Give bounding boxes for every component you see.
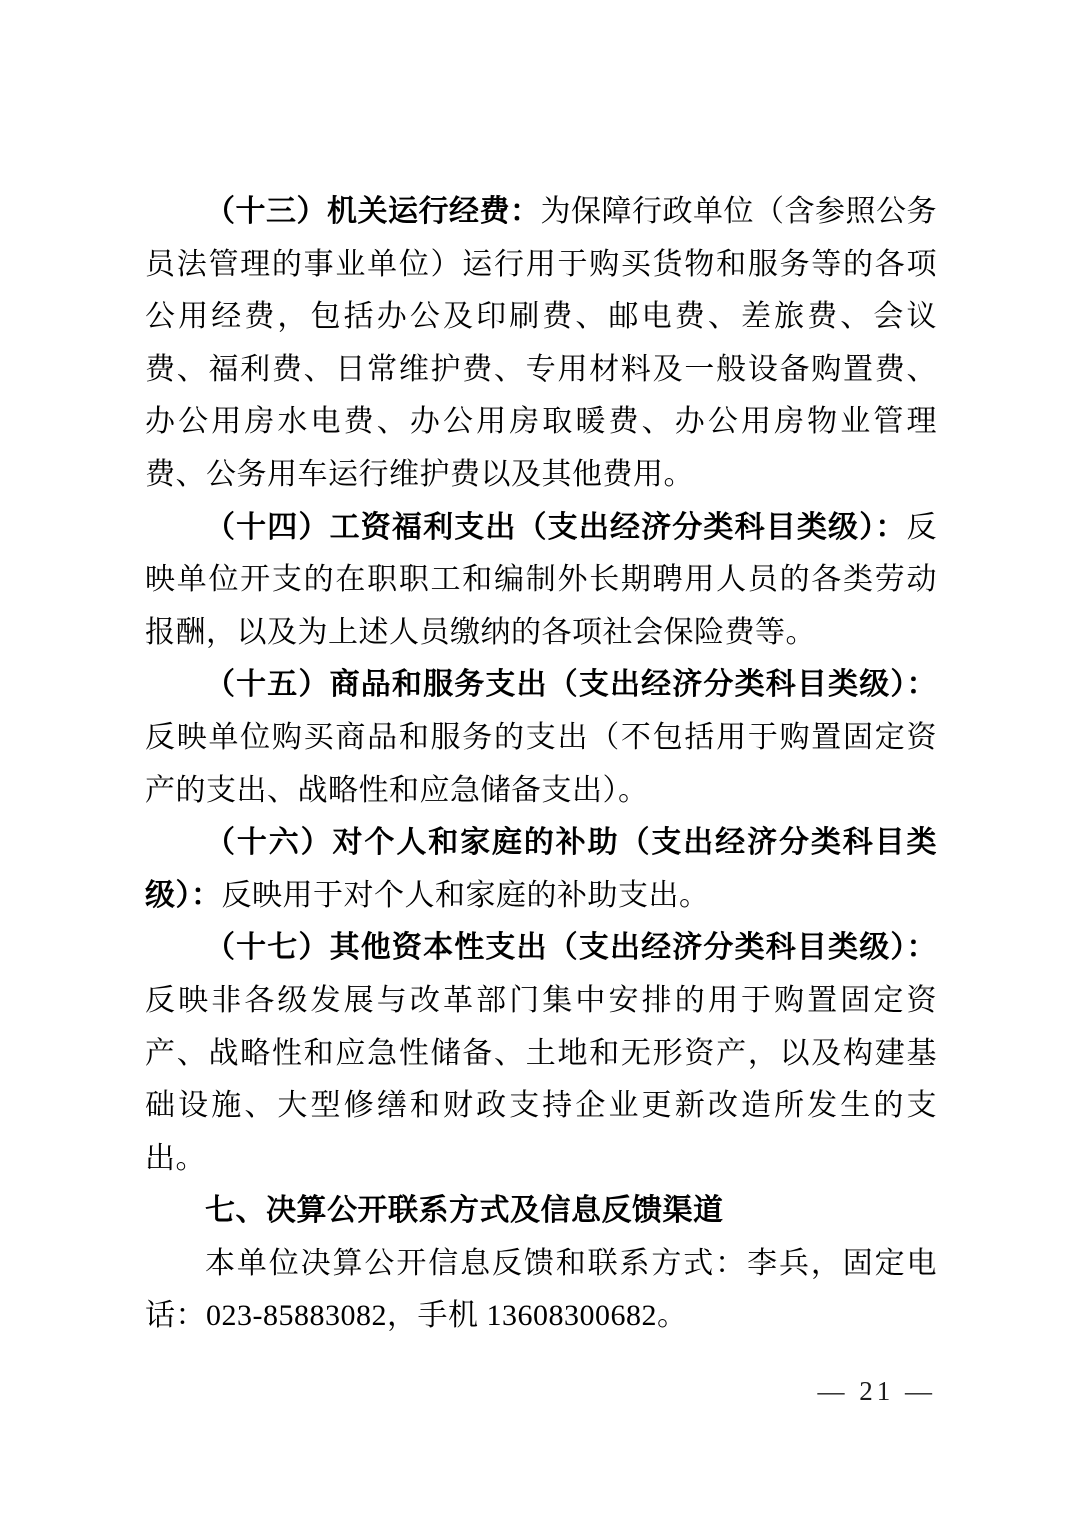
paragraph-section-13: （十三）机关运行经费：为保障行政单位（含参照公务员法管理的事业单位）运行用于购买… [145,186,937,502]
document-body: （十三）机关运行经费：为保障行政单位（含参照公务员法管理的事业单位）运行用于购买… [145,186,937,1343]
paragraph-section-15: （十五）商品和服务支出（支出经济分类科目类级）：反映单位购买商品和服务的支出（不… [145,659,937,817]
contact-section-heading: 七、决算公开联系方式及信息反馈渠道 [145,1185,937,1238]
contact-paragraph: 本单位决算公开信息反馈和联系方式：李兵，固定电话：023-85883082，手机… [145,1238,937,1343]
section-16-body: 反映用于对个人和家庭的补助支出。 [222,879,710,912]
section-17-body: 反映非各级发展与改革部门集中安排的用于购置固定资产、战略性和应急性储备、土地和无… [145,984,937,1175]
section-14-title: （十四）工资福利支出（支出经济分类科目类级）： [205,511,907,544]
section-13-body: 为保障行政单位（含参照公务员法管理的事业单位）运行用于购买货物和服务等的各项公用… [145,195,937,491]
section-15-title: （十五）商品和服务支出（支出经济分类科目类级）： [205,668,937,701]
section-17-title: （十七）其他资本性支出（支出经济分类科目类级）： [205,931,937,964]
page-number: — 21 — [818,1376,937,1406]
paragraph-section-16: （十六）对个人和家庭的补助（支出经济分类科目类级）：反映用于对个人和家庭的补助支… [145,817,937,922]
paragraph-section-17: （十七）其他资本性支出（支出经济分类科目类级）：反映非各级发展与改革部门集中安排… [145,922,937,1185]
section-13-title: （十三）机关运行经费： [205,195,541,228]
paragraph-section-14: （十四）工资福利支出（支出经济分类科目类级）：反映单位开支的在职职工和编制外长期… [145,502,937,660]
document-page: （十三）机关运行经费：为保障行政单位（含参照公务员法管理的事业单位）运行用于购买… [0,0,1074,1520]
section-15-body: 反映单位购买商品和服务的支出（不包括用于购置固定资产的支出、战略性和应急储备支出… [145,721,937,807]
